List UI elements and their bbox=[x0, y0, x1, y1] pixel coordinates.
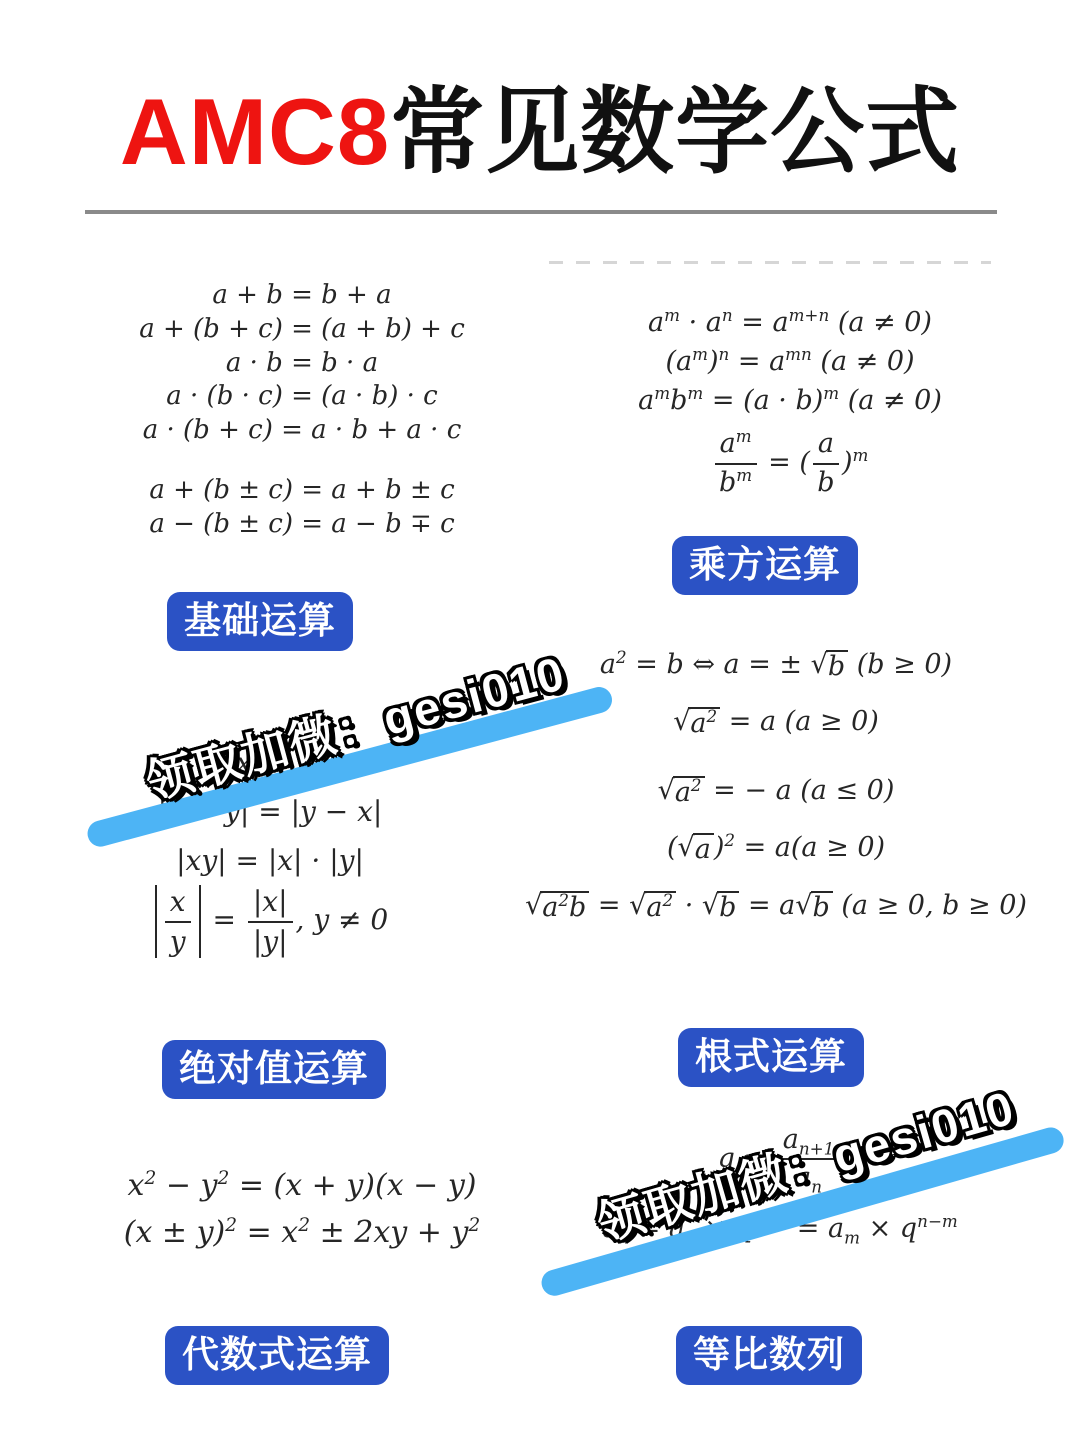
formula-line: (am)n = amn (a ≠ 0) bbox=[572, 342, 1008, 381]
formula-line: ambm = (a · b)m (a ≠ 0) bbox=[572, 381, 1008, 420]
formula-line: (x ± y)2 = x2 ± 2xy + y2 bbox=[92, 1210, 512, 1257]
formula-line: xy = |x||y|, y ≠ 0 bbox=[100, 885, 440, 958]
section-basic-operations: a + b = b + aa + (b + c) = (a + b) + ca … bbox=[92, 279, 512, 542]
formula-group: a + b = b + aa + (b + c) = (a + b) + ca … bbox=[92, 279, 512, 448]
badge-geometric-sequence: 等比数列 bbox=[676, 1326, 862, 1385]
title-rest: 常见数学公式 bbox=[390, 79, 960, 184]
dashed-divider bbox=[549, 261, 991, 264]
section-algebraic-operations: x2 − y2 = (x + y)(x − y)(x ± y)2 = x2 ± … bbox=[92, 1163, 512, 1256]
badge-absolute-value-operations: 绝对值运算 bbox=[162, 1040, 386, 1099]
formula-group: am · an = am+n (a ≠ 0)(am)n = amn (a ≠ 0… bbox=[572, 303, 1008, 499]
title-highlight: AMC8 bbox=[120, 79, 390, 184]
formula-line: a + b = b + a bbox=[92, 279, 512, 313]
formula-line: a + (b + c) = (a + b) + c bbox=[92, 313, 512, 347]
formula-group: √a2 = − a (a ≤ 0)(√a)2 = a(a ≥ 0)√a2b = … bbox=[520, 771, 1032, 924]
formula-line: ambm = (ab)m bbox=[572, 428, 1008, 499]
formula-line: a · (b + c) = a · b + a · c bbox=[92, 414, 512, 448]
badge-power-operations: 乘方运算 bbox=[672, 536, 858, 595]
formula-line: x2 − y2 = (x + y)(x − y) bbox=[92, 1163, 512, 1210]
formula-group: x2 − y2 = (x + y)(x − y)(x ± y)2 = x2 ± … bbox=[92, 1163, 512, 1256]
formula-poster: AMC8常见数学公式 a + b = b + aa + (b + c) = (a… bbox=[0, 0, 1080, 1440]
badge-algebraic-operations: 代数式运算 bbox=[165, 1326, 389, 1385]
formula-line: (√a)2 = a(a ≥ 0) bbox=[520, 828, 1032, 867]
formula-group: a + (b ± c) = a + b ± ca − (b ± c) = a −… bbox=[92, 474, 512, 542]
formula-line: √a2 = − a (a ≤ 0) bbox=[520, 771, 1032, 810]
formula-line: a · b = b · a bbox=[92, 347, 512, 381]
formula-line: a + (b ± c) = a + b ± c bbox=[92, 474, 512, 508]
title-divider bbox=[85, 210, 997, 214]
section-power-operations: am · an = am+n (a ≠ 0)(am)n = amn (a ≠ 0… bbox=[572, 303, 1008, 499]
formula-line: √a2b = √a2 · √b = a√b (a ≥ 0, b ≥ 0) bbox=[520, 886, 1032, 925]
badge-basic-operations: 基础运算 bbox=[167, 592, 353, 651]
formula-line: am · an = am+n (a ≠ 0) bbox=[572, 303, 1008, 342]
formula-line: a · (b · c) = (a · b) · c bbox=[92, 380, 512, 414]
page-title: AMC8常见数学公式 bbox=[0, 78, 1080, 186]
formula-line: a − (b ± c) = a − b ∓ c bbox=[92, 508, 512, 542]
